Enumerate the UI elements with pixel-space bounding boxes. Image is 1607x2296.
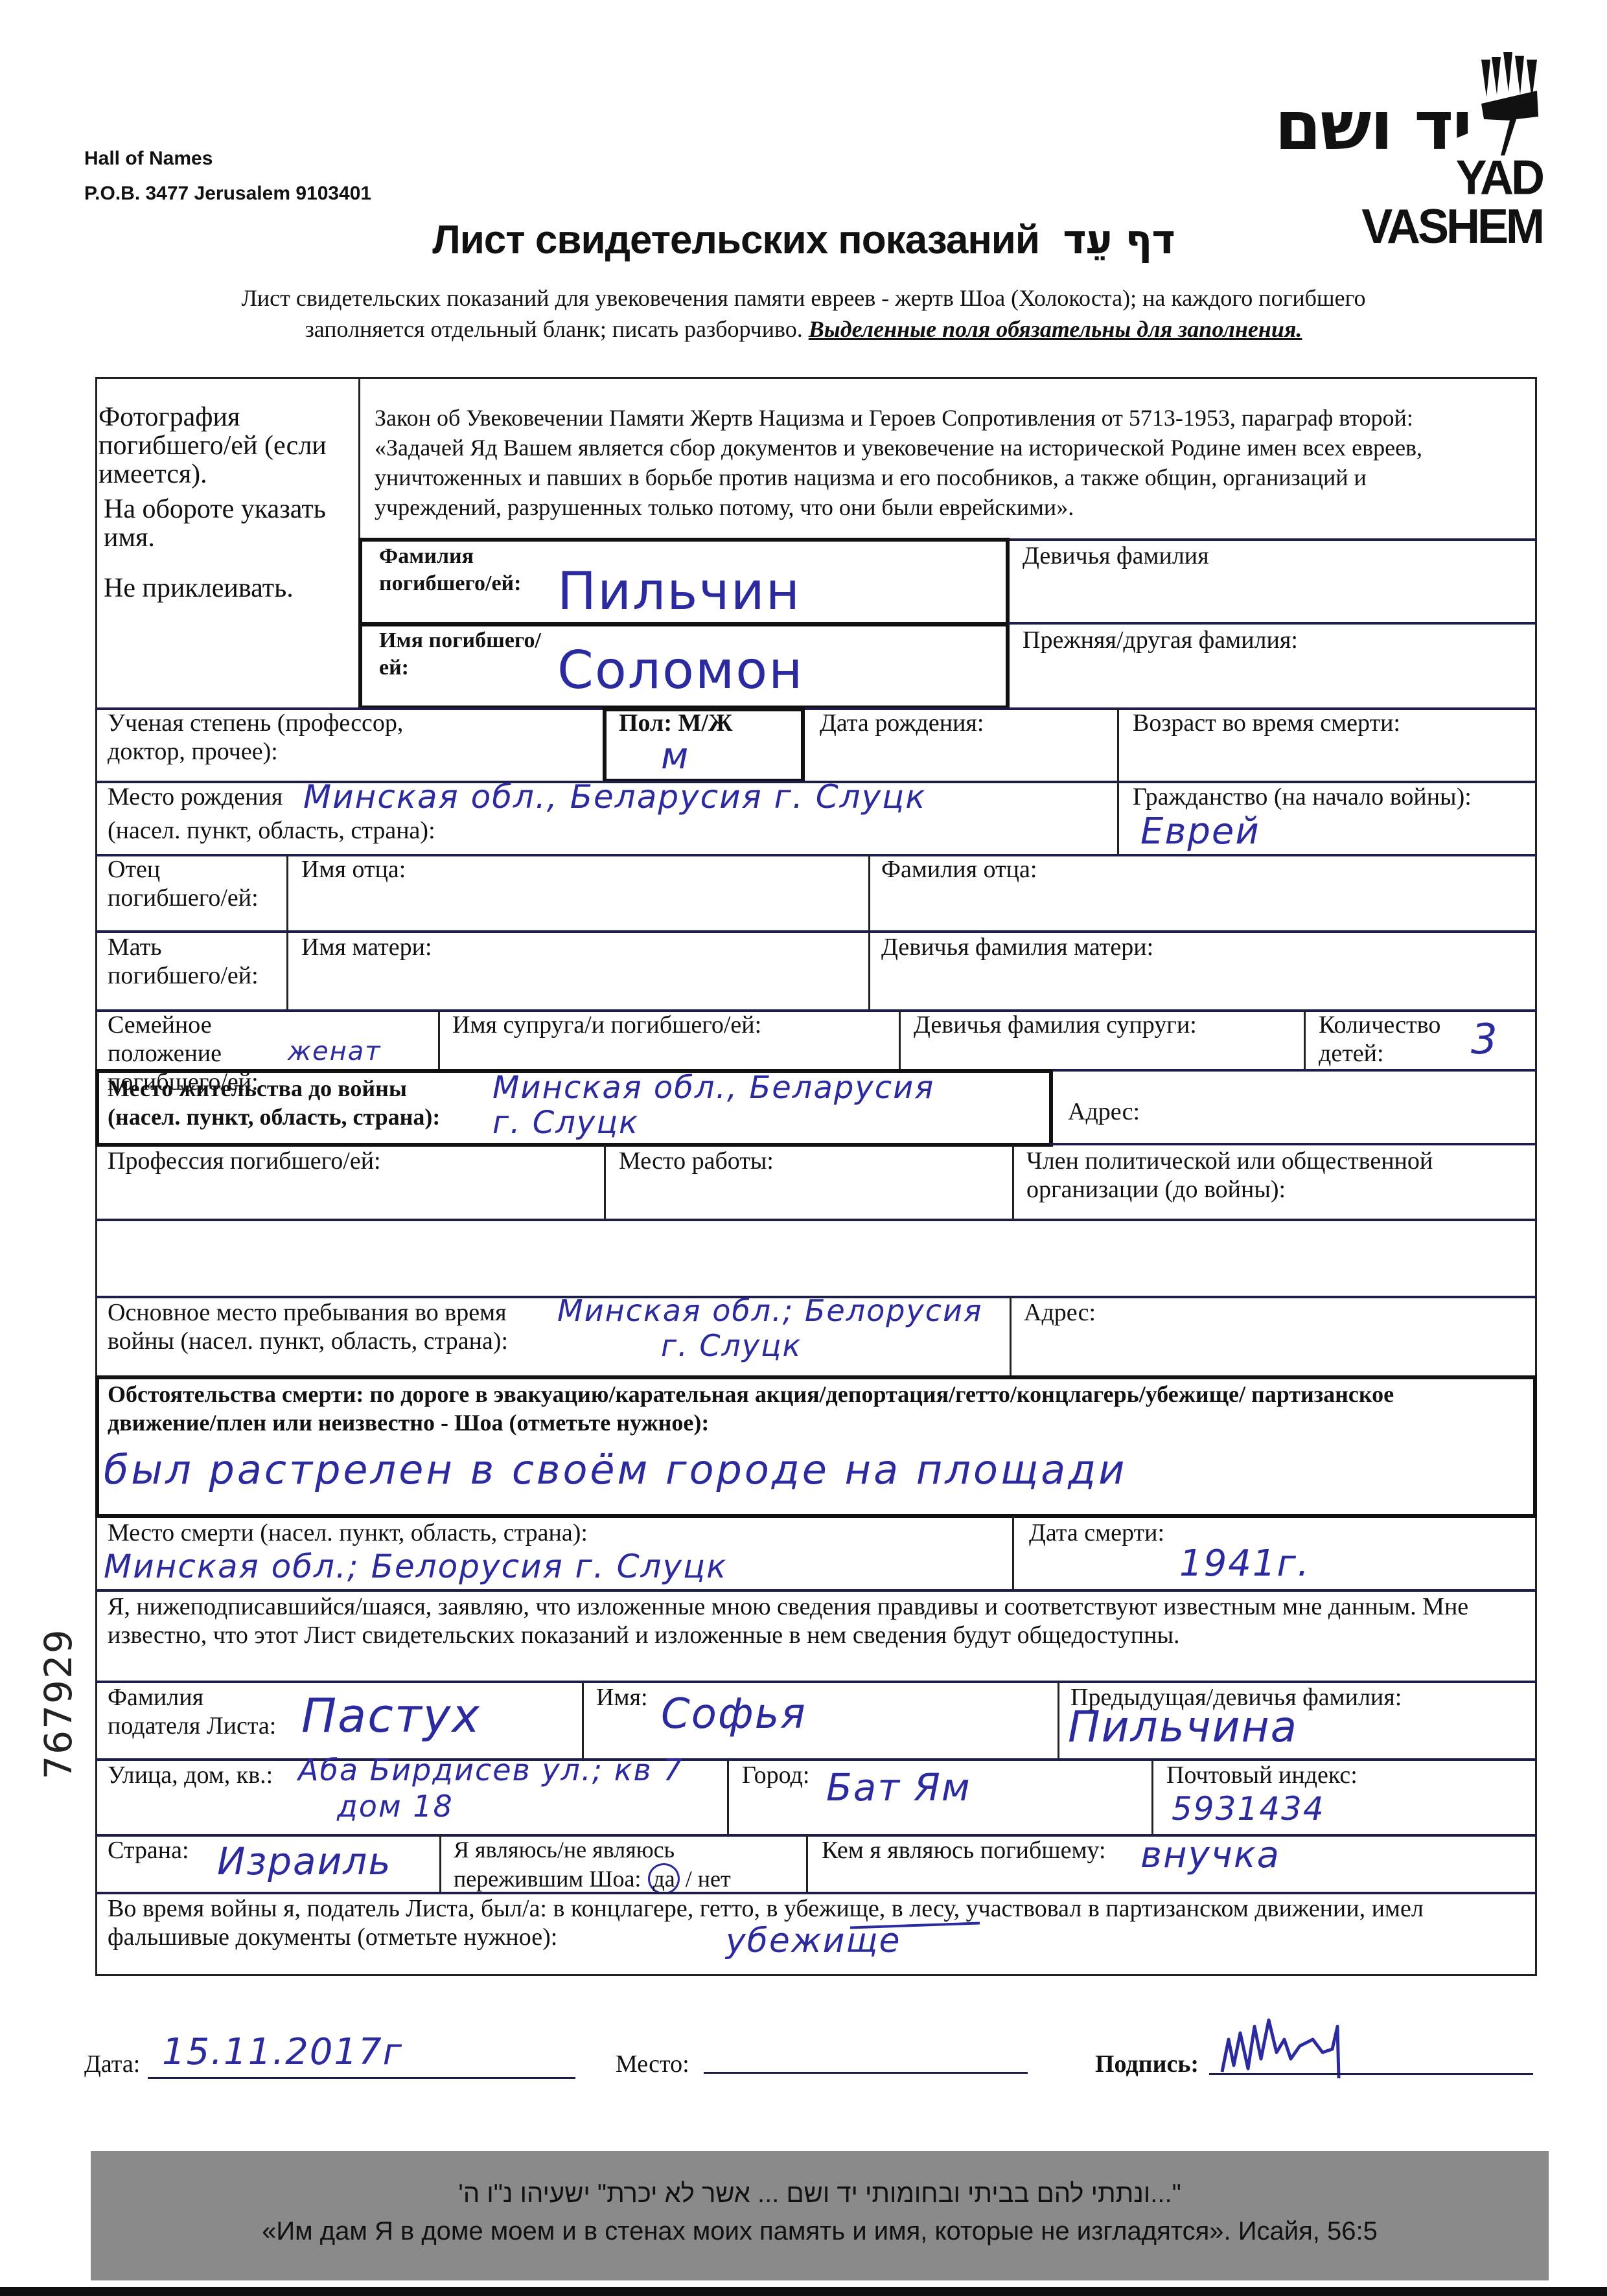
age-at-death-field[interactable] xyxy=(1133,742,1521,774)
city-field[interactable]: Бат Ям xyxy=(826,1766,971,1809)
photo-box-caption: Фотография погибшего/ей (если имеется). xyxy=(98,403,356,488)
residence-field[interactable]: Минская обл., Беларусия г. Слуцк xyxy=(492,1070,934,1140)
wartime-address-label: Адрес: xyxy=(1024,1298,1096,1327)
age-at-death-label: Возраст во время смерти: xyxy=(1133,709,1400,737)
sign-date-field[interactable]: 15.11.2017г xyxy=(162,2032,403,2073)
submitter-surname-field[interactable]: Пастух xyxy=(301,1690,481,1741)
birthplace-label-line2: (насел. пункт, область, страна): xyxy=(108,816,435,845)
divider xyxy=(899,1009,901,1071)
intro-line-1: Лист свидетельских показаний для увекове… xyxy=(0,282,1607,314)
father-surname-field[interactable] xyxy=(881,889,1523,921)
divider xyxy=(1012,1145,1014,1220)
city-label: Город: xyxy=(742,1761,809,1789)
signature-label: Подпись: xyxy=(1095,2050,1199,2078)
death-circumstances-label: Обстоятельства смерти: по дороге в эваку… xyxy=(108,1380,1494,1437)
yad-vashem-logo: יד ושם YAD VASHEM xyxy=(1270,52,1542,194)
intro-line-2: заполняется отдельный бланк; писать разб… xyxy=(305,316,803,342)
mother-name-label: Имя матери: xyxy=(301,933,432,961)
divider xyxy=(806,1834,808,1892)
street-value-line1: Аба Бирдисев ул.; кв 7 xyxy=(298,1752,683,1788)
scan-bottom-edge xyxy=(0,2287,1607,2296)
survivor-option-yes[interactable]: да xyxy=(648,1863,679,1894)
wartime-label-line1: Основное место пребывания во время xyxy=(108,1298,508,1327)
father-name-field[interactable] xyxy=(301,889,852,921)
birth-date-field[interactable] xyxy=(820,742,1105,774)
sign-date-label: Дата: xyxy=(84,2050,140,2078)
wartime-value-line2: г. Слуцк xyxy=(557,1328,983,1363)
logo-hebrew: יד ושם xyxy=(1275,92,1471,159)
citizenship-field[interactable]: Еврей xyxy=(1140,811,1260,853)
spouse-name-field[interactable] xyxy=(452,1040,880,1066)
sign-place-field[interactable] xyxy=(706,2041,1024,2073)
divider xyxy=(439,1834,441,1892)
country-field[interactable]: Израиль xyxy=(217,1840,392,1883)
victim-first-name-label: Имя погибшего/ей: xyxy=(379,627,554,682)
spouse-maiden-field[interactable] xyxy=(914,1040,1289,1066)
wartime-value-line1: Минская обл.; Белорусия xyxy=(557,1293,983,1328)
wartime-address-field[interactable] xyxy=(1115,1298,1523,1331)
father-name-label: Имя отца: xyxy=(301,855,406,884)
residence-label-line2: (насел. пункт, область, страна): xyxy=(108,1103,440,1131)
children-count-field[interactable]: 3 xyxy=(1471,1017,1499,1062)
children-count-label: Количество детей: xyxy=(1319,1011,1448,1068)
divider xyxy=(1151,1758,1153,1835)
birthplace-field[interactable]: Минская обл., Беларусия г. Слуцк xyxy=(303,777,926,816)
residence-label: Место жительства до войны (насел. пункт,… xyxy=(108,1074,440,1131)
father-surname-label: Фамилия отца: xyxy=(881,855,1037,884)
footer-russian-quote: «Им дам Я в доме моем и в стенах моих па… xyxy=(91,2216,1549,2247)
residence-address-label: Адрес: xyxy=(1068,1097,1140,1126)
victim-previous-name-field[interactable] xyxy=(1023,661,1521,700)
street-value-line2: дом 18 xyxy=(298,1788,683,1824)
survivor-label-line1: Я являюсь/не являюсь xyxy=(454,1836,731,1863)
divider xyxy=(1010,1296,1012,1377)
sign-place-line xyxy=(704,2072,1028,2074)
workplace-field[interactable] xyxy=(619,1179,995,1211)
divider xyxy=(95,1834,1537,1837)
submitter-surname-label: Фамилия подателя Листа: xyxy=(108,1683,302,1740)
divider xyxy=(1008,622,1537,625)
org-address: Hall of Names P.O.B. 3477 Jerusalem 9103… xyxy=(84,141,371,211)
survivor-question: Я являюсь/не являюсь пережившим Шоа: да … xyxy=(454,1836,731,1894)
degree-label: Ученая степень (профессор, доктор, проче… xyxy=(108,709,470,766)
street-field[interactable]: Аба Бирдисев ул.; кв 7 дом 18 xyxy=(298,1752,683,1824)
victim-surname-field[interactable]: Пильчин xyxy=(557,562,801,621)
gender-label: Пол: М/Ж xyxy=(619,709,733,737)
survivor-yes-text: да xyxy=(653,1866,675,1892)
residence-label-line1: Место жительства до войны xyxy=(108,1074,440,1103)
mother-name-field[interactable] xyxy=(301,967,852,999)
gender-field[interactable]: м xyxy=(661,737,689,776)
birth-date-label: Дата рождения: xyxy=(820,709,984,737)
residence-value-line1: Минская обл., Беларусия xyxy=(492,1070,934,1105)
footer-hebrew-quote: "...ונתתי להם בביתי ובחומותי יד ושם ... … xyxy=(91,2178,1549,2209)
side-reference-number: 767929 xyxy=(39,1620,78,1788)
residence-value-line2: г. Слуцк xyxy=(492,1105,934,1140)
submitter-name-field[interactable]: Софья xyxy=(661,1691,807,1738)
menorah-flame-icon xyxy=(1477,52,1542,162)
page-title-russian: Лист свидетельских показаний xyxy=(432,218,1039,262)
submitter-name-label: Имя: xyxy=(596,1683,648,1712)
victim-surname-label: Фамилия погибшего/ей: xyxy=(379,543,554,597)
membership-label: Член политической или общественной орган… xyxy=(1026,1147,1506,1204)
divider xyxy=(1304,1009,1306,1071)
mother-label: Мать погибшего/ей: xyxy=(108,933,276,990)
mother-maiden-field[interactable] xyxy=(881,967,1523,999)
divider xyxy=(582,1681,584,1759)
photo-box-note-name: На обороте указать имя. xyxy=(98,495,356,552)
photo-box[interactable]: Фотография погибшего/ей (если имеется). … xyxy=(98,403,356,701)
residence-address-field[interactable] xyxy=(1153,1097,1523,1130)
page-title-hebrew: דף עֵד xyxy=(1063,216,1175,263)
divider xyxy=(1050,1143,1537,1145)
profession-field[interactable] xyxy=(108,1179,587,1211)
divider xyxy=(1058,1681,1059,1759)
law-text: Закон об Увековечении Памяти Жертв Нациз… xyxy=(375,403,1483,522)
victim-previous-name-label: Прежняя/другая фамилия: xyxy=(1023,626,1298,654)
workplace-label: Место работы: xyxy=(619,1147,774,1175)
intro-text: Лист свидетельских показаний для увекове… xyxy=(0,282,1607,345)
zip-field[interactable]: 5931434 xyxy=(1172,1789,1325,1828)
wartime-label-line2: войны (насел. пункт, область, страна): xyxy=(108,1327,508,1355)
declaration-text: Я, нижеподписавшийся/шаяся, заявляю, что… xyxy=(108,1592,1494,1649)
divider xyxy=(1012,1516,1014,1590)
victim-maiden-name-label: Девичья фамилия xyxy=(1023,542,1209,570)
death-date-label: Дата смерти: xyxy=(1029,1519,1164,1547)
victim-maiden-name-field[interactable] xyxy=(1023,577,1521,615)
divider xyxy=(438,1009,440,1071)
page-title: Лист свидетельских показаний דף עֵד xyxy=(0,216,1607,264)
profession-label: Профессия погибшего/ей: xyxy=(108,1147,381,1175)
org-pob: P.O.B. 3477 Jerusalem 9103401 xyxy=(84,176,371,211)
death-place-field[interactable]: Минская обл.; Белорусия г. Слуцк xyxy=(104,1547,727,1586)
survivor-label-line2: пережившим Шоа: xyxy=(454,1866,641,1892)
divider xyxy=(727,1758,729,1835)
marital-status-field[interactable]: женат xyxy=(288,1035,382,1068)
father-label: Отец погибшего/ей: xyxy=(108,855,276,912)
signature-line xyxy=(1209,2073,1533,2075)
street-label: Улица, дом, кв.: xyxy=(108,1761,273,1789)
death-date-field[interactable]: 1941г. xyxy=(1179,1543,1310,1585)
citizenship-label: Гражданство (на начало войны): xyxy=(1133,783,1472,811)
footer-banner: "...ונתתי להם בביתי ובחומותי יד ושם ... … xyxy=(91,2151,1549,2280)
submitter-maiden-field[interactable]: Пильчина xyxy=(1068,1704,1298,1751)
blank-row xyxy=(97,1221,1534,1296)
survivor-option-no[interactable]: / нет xyxy=(686,1866,731,1892)
relation-label: Кем я являюсь погибшему: xyxy=(822,1836,1106,1865)
relation-field[interactable]: внучка xyxy=(1140,1835,1280,1876)
spouse-maiden-label: Девичья фамилия супруги: xyxy=(914,1011,1197,1039)
wartime-location-field[interactable]: Минская обл.; Белорусия г. Слуцк xyxy=(557,1293,983,1363)
divider xyxy=(358,622,1010,626)
spouse-name-label: Имя супруга/и погибшего/ей: xyxy=(452,1011,761,1039)
sign-place-label: Место: xyxy=(616,2050,689,2078)
victim-first-name-field[interactable]: Соломон xyxy=(557,641,803,700)
death-circumstances-field[interactable]: был растрелен в своём городе на площади xyxy=(104,1446,1127,1494)
photo-box-note-noglue: Не приклеивать. xyxy=(98,574,356,603)
death-place-label: Место смерти (насел. пункт, область, стр… xyxy=(108,1519,588,1547)
wartime-location-label: Основное место пребывания во время войны… xyxy=(108,1298,508,1355)
intro-required-note: Выделенные поля обязательны для заполнен… xyxy=(809,316,1302,342)
divider xyxy=(604,1145,606,1220)
divider xyxy=(95,1589,1537,1592)
country-label: Страна: xyxy=(108,1836,189,1865)
mother-maiden-label: Девичья фамилия матери: xyxy=(881,933,1153,961)
sign-date-line xyxy=(148,2077,575,2079)
zip-label: Почтовый индекс: xyxy=(1166,1761,1358,1789)
org-name: Hall of Names xyxy=(84,141,371,176)
